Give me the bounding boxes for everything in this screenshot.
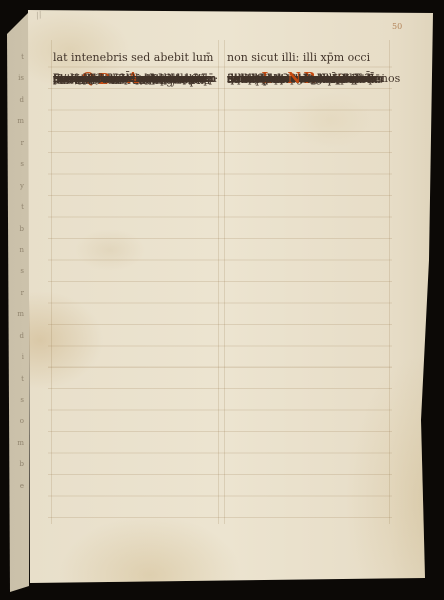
- text-line: non sicut illi: illi xp̄m occidere uolen…: [227, 47, 399, 68]
- text-line: non sicut illi: illi xp̄m occidere uolen…: [227, 47, 399, 68]
- manuscript-page: // 50 lat intenebris sed abebit lum̄uite…: [0, 0, 444, 600]
- text-line: non sicut illi: illi xp̄m occidere uolen…: [227, 47, 399, 68]
- text-line: non sicut illi: illi xp̄m occidere uolen…: [227, 47, 399, 68]
- facing-page-fragment: y: [6, 176, 24, 197]
- facing-page-fragment: t: [6, 369, 24, 390]
- facing-page-fragment: s: [6, 154, 24, 175]
- facing-page-fragment: t: [6, 197, 24, 218]
- facing-page-fragment: e: [6, 476, 24, 497]
- facing-page-fragment: i: [6, 347, 24, 368]
- text-line: non sicut illi: illi xp̄m occidere uolen…: [227, 47, 399, 68]
- facing-page-fragment: [6, 497, 24, 518]
- facing-page-fragment: r: [6, 283, 24, 304]
- text-line: lat intenebris sed abebit lum̄uite; Quim…: [53, 47, 225, 68]
- text-line: lat intenebris sed abebit lum̄uite; Quim…: [53, 47, 225, 68]
- facing-page-fragment: is: [6, 68, 24, 89]
- text-line: non sicut illi: illi xp̄m occidere uolen…: [227, 47, 399, 68]
- text-line: lat intenebris sed abebit lum̄uite; Quim…: [53, 47, 225, 68]
- text-line: lat intenebris sed abebit lum̄uite; Quim…: [53, 47, 225, 68]
- facing-page-fragment: m: [6, 433, 24, 454]
- text-line: non sicut illi: illi xp̄m occidere uolen…: [227, 47, 399, 68]
- text-line: non sicut illi: illi xp̄m occidere uolen…: [227, 47, 399, 68]
- facing-page-fragment: b: [6, 454, 24, 475]
- text-line: non sicut illi: illi xp̄m occidere uolen…: [227, 47, 399, 68]
- text-line: non sicut illi: illi xp̄m occidere uolen…: [227, 47, 399, 68]
- facing-page-fragment: m: [6, 111, 24, 132]
- facing-page-fragment: m: [6, 304, 24, 325]
- text-line: lat intenebris sed abebit lum̄uite; Quim…: [53, 47, 225, 68]
- text-line: non sicut illi: illi xp̄m occidere uolen…: [227, 47, 399, 68]
- text-line: lat intenebris sed abebit lum̄uite; Quim…: [53, 47, 225, 68]
- facing-page-fragment: o: [6, 411, 24, 432]
- text-line: non sicut illi: illi xp̄m occidere uolen…: [227, 47, 399, 68]
- text-line: lat intenebris sed abebit lum̄uite; Quim…: [53, 47, 225, 68]
- text-segment: os scd̄m carnē: [301, 73, 381, 86]
- text-line: lat intenebris sed abebit lum̄uite; Quim…: [53, 47, 225, 68]
- facing-page-text-fragments: tisdmrsytbnsrmditsombe: [6, 47, 24, 519]
- text-line: lat intenebris sed abebit lum̄uite; Quim…: [53, 47, 225, 68]
- text-line: lat intenebris sed abebit lum̄uite; Quim…: [53, 47, 225, 68]
- folio-number: 50: [392, 22, 402, 31]
- text-line: lat intenebris sed abebit lum̄uite; Quim…: [53, 47, 225, 68]
- text-line: lat intenebris sed abebit lum̄uite; Quim…: [53, 47, 225, 68]
- pencil-mark: //: [35, 10, 44, 21]
- text-line: lat intenebris sed abebit lum̄uite; Quim…: [53, 47, 225, 68]
- text-line: lat intenebris sed abebit lum̄: [53, 47, 225, 68]
- text-segment: non sicut illi: illi xp̄m occi: [227, 51, 370, 64]
- facing-page-fragment: r: [6, 133, 24, 154]
- text-column-left: lat intenebris sed abebit lum̄uite; Quim…: [53, 47, 225, 68]
- text-line: non sicut illi: illi xp̄m occidere uolen…: [227, 47, 399, 68]
- facing-page-fragment: s: [6, 261, 24, 282]
- text-line: lat intenebris sed abebit lum̄uite; Quim…: [53, 47, 225, 68]
- text-line: non sicut illi: illi xp̄m occidere uolen…: [227, 47, 399, 68]
- text-segment: nentes: audiamus etnos sed: [53, 72, 208, 85]
- ruling-vertical-line: [224, 40, 225, 524]
- facing-page-fragment: d: [6, 326, 24, 347]
- facing-page-fragment: s: [6, 390, 24, 411]
- ruling-vertical-line: [51, 40, 52, 524]
- text-line: non sicut illi: illi xp̄m occidere uolen…: [227, 47, 399, 68]
- text-line: non sicut illi: illi xp̄m occidere uolen…: [227, 47, 399, 68]
- manuscript-photo: tisdmrsytbnsrmditsombe // 50 lat inteneb…: [0, 0, 444, 600]
- text-segment: lat intenebris sed abebit lum̄: [53, 51, 213, 64]
- text-line: non sicut illi: illi xp̄m occidere uolen…: [227, 47, 399, 68]
- text-line: lat intenebris sed abebit lum̄uite; Quim…: [53, 47, 225, 68]
- text-line: non sicut illi: illi xp̄m occidere uolen…: [227, 47, 399, 68]
- text-line: non sicut illi: illi xp̄m occidere uolen…: [227, 47, 399, 68]
- text-line: non sicut illi: illi xp̄m occi: [227, 47, 399, 68]
- text-line: lat intenebris sed abebit lum̄uite; Quim…: [53, 47, 225, 68]
- facing-page-fragment: n: [6, 240, 24, 261]
- text-line: lat intenebris sed abebit lum̄uite; Quim…: [53, 47, 225, 68]
- text-line: lat intenebris sed abebit lum̄uite; Quim…: [53, 47, 225, 68]
- rubric-initial: N: [288, 70, 301, 87]
- text-line: lat intenebris sed abebit lum̄uite; Quim…: [53, 47, 225, 68]
- facing-page-fragment: t: [6, 47, 24, 68]
- text-line: non sicut illi: illi xp̄m occidere uolen…: [227, 47, 399, 68]
- ruling-vertical-line: [218, 40, 219, 524]
- text-column-right: non sicut illi: illi xp̄m occidere uolen…: [227, 47, 399, 68]
- facing-page-fragment: b: [6, 219, 24, 240]
- ruling-lines: [48, 46, 392, 521]
- ruling-vertical-line: [389, 40, 390, 524]
- text-line: non sicut illi: illi xp̄m occidere uolen…: [227, 47, 399, 68]
- facing-page-fragment: d: [6, 90, 24, 111]
- text-segment: dereliquid: [227, 73, 288, 86]
- text-line: lat intenebris sed abebit lum̄uite; Quim…: [53, 47, 225, 68]
- text-line: lat intenebris sed abebit lum̄uite; Quim…: [53, 47, 225, 68]
